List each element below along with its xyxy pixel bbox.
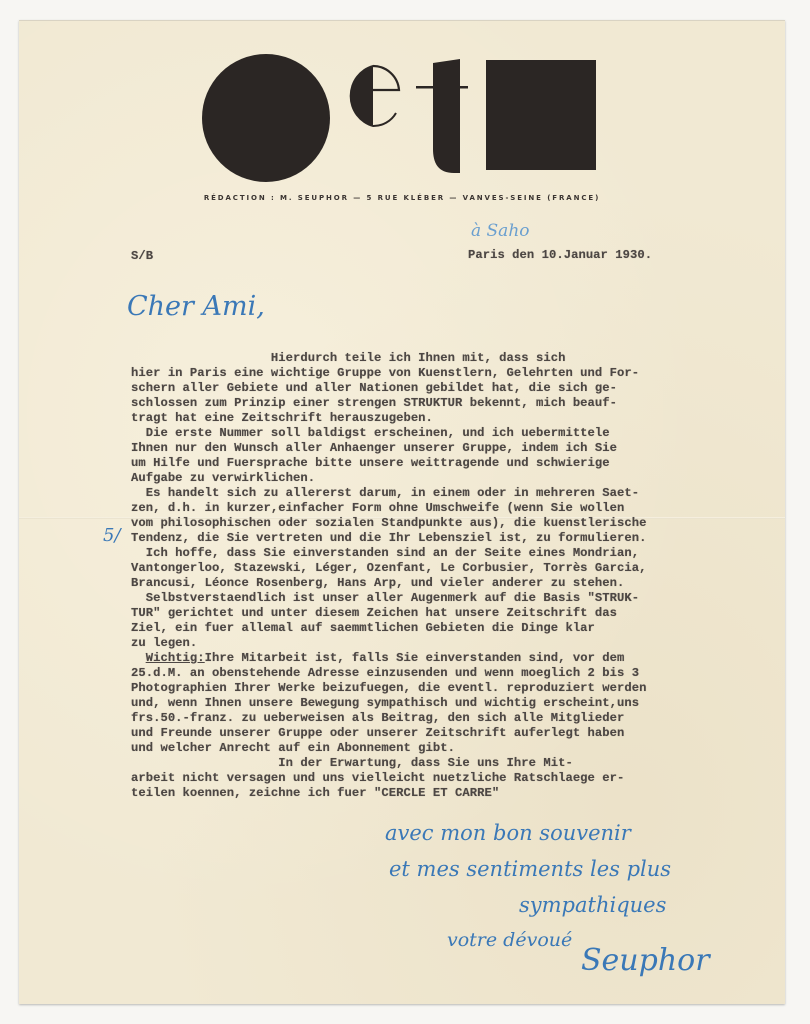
- body-line: Hierdurch teile ich Ihnen mit, dass sich: [131, 351, 565, 366]
- body-line: Die erste Nummer soll baldigst erscheine…: [131, 426, 610, 441]
- letter-page: RÉDACTION : M. SEUPHOR — 5 RUE KLÉBER — …: [19, 20, 785, 1004]
- body-line: frs.50.-franz. zu ueberweisen als Beitra…: [131, 711, 624, 726]
- body-line: Selbstverstaendlich ist unser aller Auge…: [131, 591, 639, 606]
- salutation: Cher Ami,: [127, 291, 265, 322]
- body-line: Es handelt sich zu allererst darum, in e…: [131, 486, 639, 501]
- closing-line: et mes sentiments les plus: [389, 857, 671, 881]
- wichtig-text: Ihre Mitarbeit ist, falls Sie einverstan…: [205, 651, 625, 665]
- body-line: teilen koennen, zeichne ich fuer "CERCLE…: [131, 786, 499, 801]
- body-line: arbeit nicht versagen und uns vielleicht…: [131, 771, 624, 786]
- body-line: TUR" gerichtet und unter diesem Zeichen …: [131, 606, 617, 621]
- body-line: schlossen zum Prinzip einer strengen STR…: [131, 396, 617, 411]
- body-line: und, wenn Ihnen unsere Bewegung sympathi…: [131, 696, 639, 711]
- body-line: 25.d.M. an obenstehende Adresse einzusen…: [131, 666, 639, 681]
- margin-note: 5/: [103, 525, 121, 546]
- letterhead-logo: RÉDACTION : M. SEUPHOR — 5 RUE KLÉBER — …: [19, 21, 785, 221]
- letterhead-address: RÉDACTION : M. SEUPHOR — 5 RUE KLÉBER — …: [19, 194, 785, 202]
- closing-line: sympathiques: [519, 893, 666, 917]
- signature: Seuphor: [581, 943, 710, 978]
- body-line: schern aller Gebiete und aller Nationen …: [131, 381, 617, 396]
- body-line: zu legen.: [131, 636, 197, 651]
- body-line: Photographien Ihrer Werke beizufuegen, d…: [131, 681, 646, 696]
- wichtig-label: Wichtig:: [146, 651, 205, 665]
- body-line: Tendenz, die Sie vertreten und die Ihr L…: [131, 531, 646, 546]
- body-line: und Freunde unserer Gruppe oder unserer …: [131, 726, 624, 741]
- handwritten-note: à Saho: [471, 221, 530, 241]
- body-line: hier in Paris eine wichtige Gruppe von K…: [131, 366, 639, 381]
- body-line: Vantongerloo, Stazewski, Léger, Ozenfant…: [131, 561, 646, 576]
- e-glyph-icon: [341, 63, 401, 129]
- closing-line: votre dévoué: [447, 929, 572, 951]
- body-line: Ich hoffe, dass Sie einverstanden sind a…: [131, 546, 639, 561]
- body-line: Aufgabe zu verwirklichen.: [131, 471, 315, 486]
- closing-line: avec mon bon souvenir: [385, 821, 631, 845]
- body-line: tragt hat eine Zeitschrift herauszugeben…: [131, 411, 433, 426]
- body-line: zen, d.h. in kurzer,einfacher Form ohne …: [131, 501, 624, 516]
- circle-icon: [202, 54, 330, 182]
- body-line: und welcher Anrecht auf ein Abonnement g…: [131, 741, 455, 756]
- body-line: Ihnen nur den Wunsch aller Anhaenger uns…: [131, 441, 617, 456]
- reference-code: S/B: [131, 249, 153, 264]
- date-line: Paris den 10.Januar 1930.: [468, 248, 652, 263]
- body-line: Brancusi, Léonce Rosenberg, Hans Arp, un…: [131, 576, 624, 591]
- body-line: In der Erwartung, dass Sie uns Ihre Mit-: [131, 756, 573, 771]
- t-glyph-icon: [416, 59, 468, 175]
- wichtig-line: Wichtig:Ihre Mitarbeit ist, falls Sie ei…: [131, 651, 624, 666]
- square-icon: [486, 60, 596, 170]
- body-line: vom philosophischen oder sozialen Standp…: [131, 516, 646, 531]
- body-line: Ziel, ein fuer allemal auf saemmtlichen …: [131, 621, 595, 636]
- body-line: um Hilfe und Fuersprache bitte unsere we…: [131, 456, 610, 471]
